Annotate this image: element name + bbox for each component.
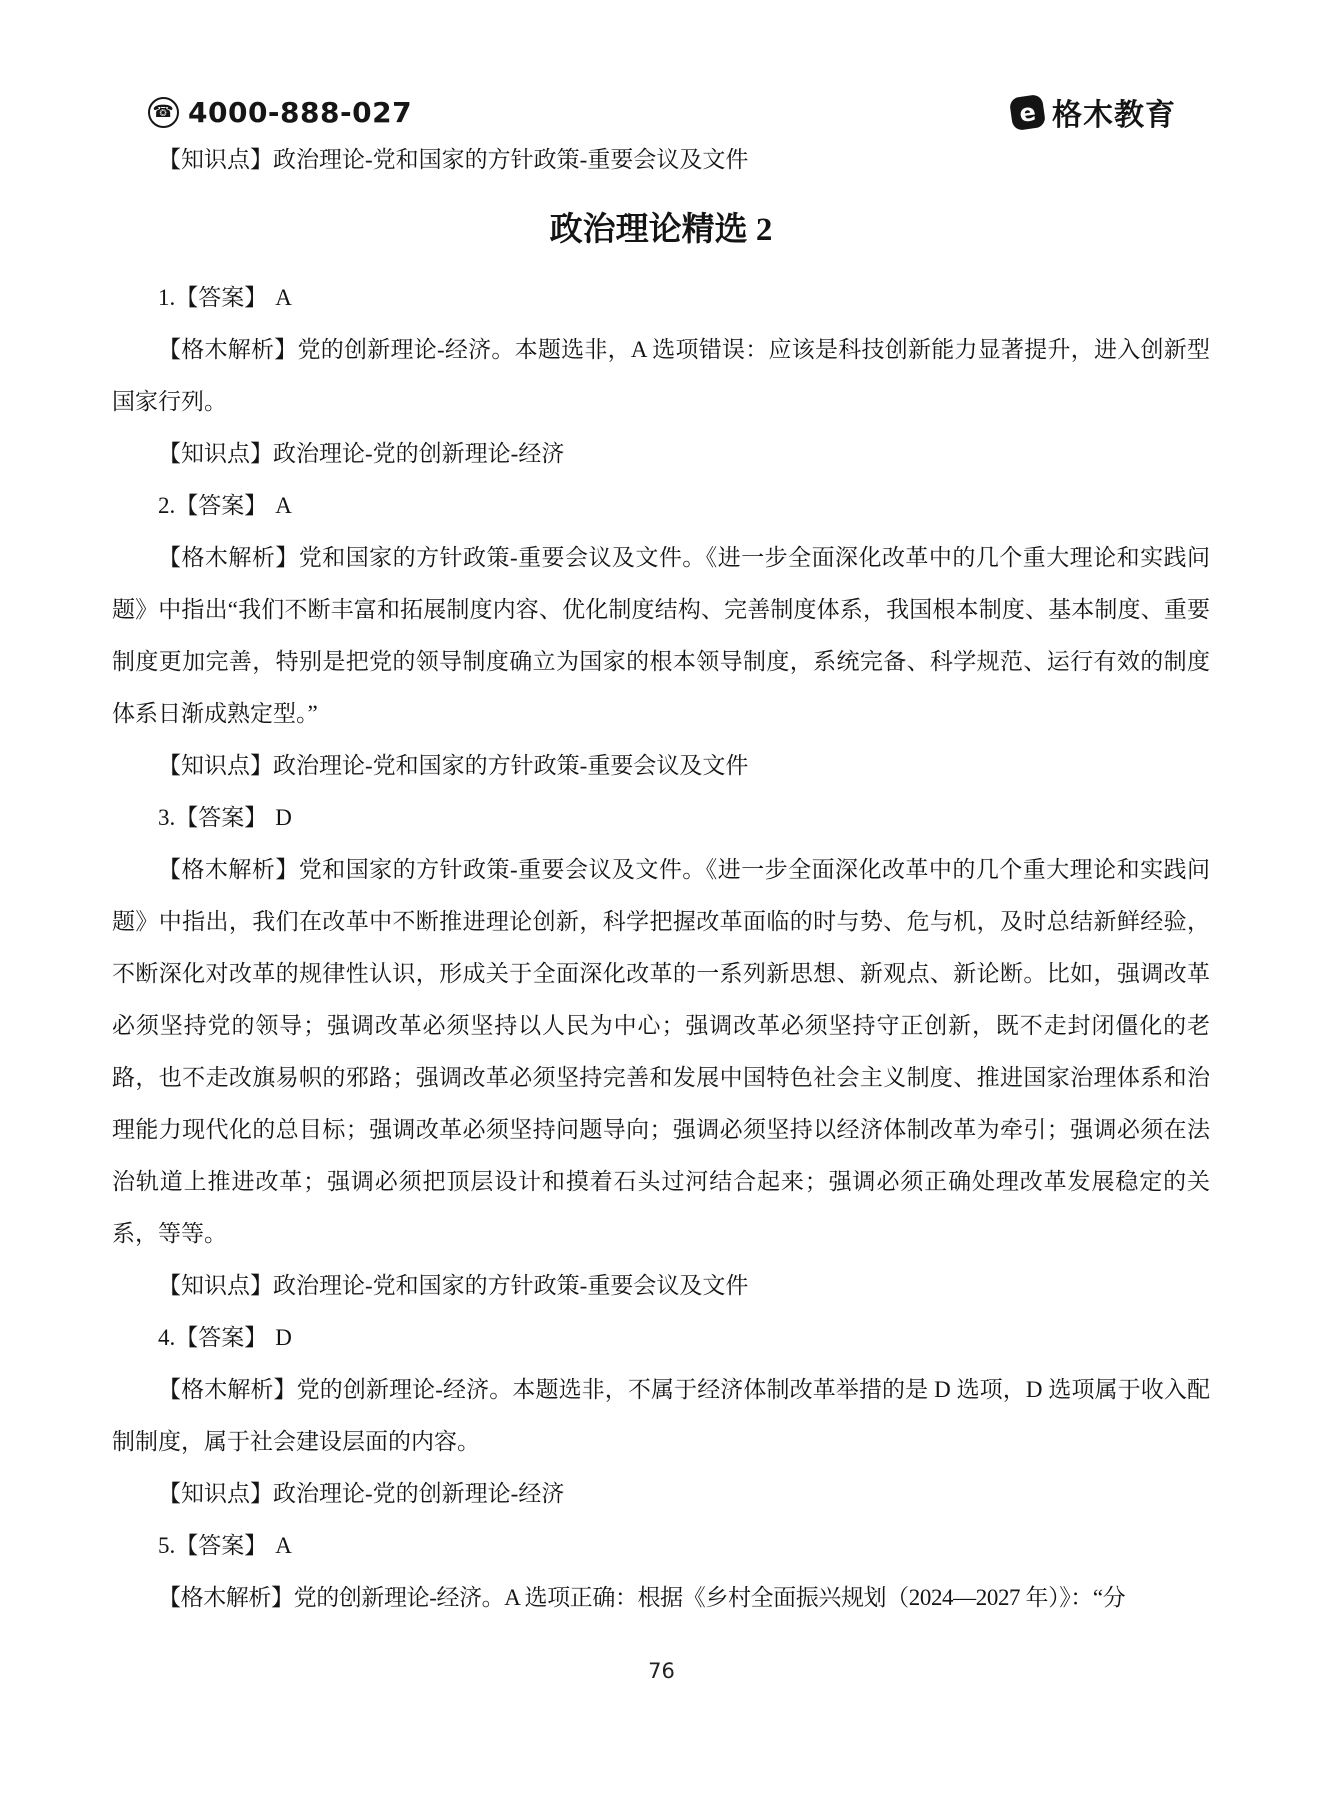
answer-number: 2.: [158, 493, 175, 518]
header-phone: ☎ 4000-888-027: [148, 96, 412, 129]
answer-line: 5.【答案】A: [112, 1520, 1210, 1572]
answer-label: 【答案】: [175, 285, 267, 310]
document-page: ☎ 4000-888-027 e 格木教育 【知识点】政治理论-党和国家的方针政…: [0, 0, 1323, 1795]
document-body: 【知识点】政治理论-党和国家的方针政策-重要会议及文件 政治理论精选 2 1.【…: [112, 134, 1210, 1624]
answer-line: 4.【答案】D: [112, 1312, 1210, 1364]
knowledge-point-line: 【知识点】政治理论-党的创新理论-经济: [112, 428, 1210, 480]
analysis-paragraph: 【格木解析】党和国家的方针政策-重要会议及文件。《进一步全面深化改革中的几个重大…: [112, 844, 1210, 1260]
knowledge-point-text: 政治理论-党和国家的方针政策-重要会议及文件: [273, 147, 748, 172]
analysis-label: 【格木解析】: [158, 1585, 294, 1610]
answer-value: A: [275, 285, 292, 310]
knowledge-point-line: 【知识点】政治理论-党的创新理论-经济: [112, 1468, 1210, 1520]
brand-logo: e 格木教育: [1011, 90, 1176, 134]
page-title: 政治理论精选 2: [112, 204, 1210, 256]
analysis-label: 【格木解析】: [158, 857, 299, 882]
gemu-logo-icon: e: [1009, 93, 1046, 130]
answer-line: 3.【答案】D: [112, 792, 1210, 844]
page-number: 76: [0, 1656, 1323, 1686]
answer-number: 4.: [158, 1325, 175, 1350]
answer-value: D: [275, 805, 292, 830]
phone-number: 4000-888-027: [188, 96, 412, 129]
phone-glyph: ☎: [153, 104, 175, 121]
knowledge-point-label: 【知识点】: [158, 1273, 273, 1298]
knowledge-point-line: 【知识点】政治理论-党和国家的方针政策-重要会议及文件: [112, 1260, 1210, 1312]
knowledge-point-text: 政治理论-党的创新理论-经济: [273, 441, 564, 466]
analysis-paragraph: 【格木解析】党的创新理论-经济。本题选非，不属于经济体制改革举措的是 D 选项，…: [112, 1364, 1210, 1468]
knowledge-point-label: 【知识点】: [158, 147, 273, 172]
answer-label: 【答案】: [175, 493, 267, 518]
analysis-paragraph: 【格木解析】党的创新理论-经济。A 选项正确：根据《乡村全面振兴规划（2024—…: [112, 1572, 1210, 1624]
answer-number: 1.: [158, 285, 175, 310]
answer-label: 【答案】: [175, 1533, 267, 1558]
phone-circle-icon: ☎: [148, 97, 179, 128]
answer-value: D: [275, 1325, 292, 1350]
page-header: ☎ 4000-888-027 e 格木教育: [112, 90, 1210, 134]
analysis-paragraph: 【格木解析】党和国家的方针政策-重要会议及文件。《进一步全面深化改革中的几个重大…: [112, 532, 1210, 740]
analysis-label: 【格木解析】: [158, 545, 299, 570]
answer-number: 3.: [158, 805, 175, 830]
knowledge-point-line: 【知识点】政治理论-党和国家的方针政策-重要会议及文件: [112, 134, 1210, 186]
analysis-paragraph: 【格木解析】党的创新理论-经济。本题选非，A 选项错误：应该是科技创新能力显著提…: [112, 324, 1210, 428]
answer-label: 【答案】: [175, 805, 267, 830]
knowledge-point-label: 【知识点】: [158, 441, 273, 466]
knowledge-point-label: 【知识点】: [158, 753, 273, 778]
knowledge-point-text: 政治理论-党和国家的方针政策-重要会议及文件: [273, 753, 748, 778]
answer-line: 2.【答案】A: [112, 480, 1210, 532]
answer-value: A: [275, 1533, 292, 1558]
brand-name: 格木教育: [1052, 90, 1176, 134]
analysis-text: 党和国家的方针政策-重要会议及文件。《进一步全面深化改革中的几个重大理论和实践问…: [112, 545, 1210, 726]
knowledge-point-text: 政治理论-党的创新理论-经济: [273, 1481, 564, 1506]
logo-letter: e: [1018, 99, 1037, 125]
analysis-text: 党和国家的方针政策-重要会议及文件。《进一步全面深化改革中的几个重大理论和实践问…: [112, 857, 1210, 1246]
knowledge-point-line: 【知识点】政治理论-党和国家的方针政策-重要会议及文件: [112, 740, 1210, 792]
knowledge-point-text: 政治理论-党和国家的方针政策-重要会议及文件: [273, 1273, 748, 1298]
answer-label: 【答案】: [175, 1325, 267, 1350]
answer-number: 5.: [158, 1533, 175, 1558]
analysis-text: 党的创新理论-经济。A 选项正确：根据《乡村全面振兴规划（2024—2027 年…: [294, 1585, 1126, 1610]
answer-value: A: [275, 493, 292, 518]
knowledge-point-label: 【知识点】: [158, 1481, 273, 1506]
analysis-label: 【格木解析】: [158, 1377, 297, 1402]
answer-line: 1.【答案】A: [112, 272, 1210, 324]
analysis-label: 【格木解析】: [158, 337, 298, 362]
